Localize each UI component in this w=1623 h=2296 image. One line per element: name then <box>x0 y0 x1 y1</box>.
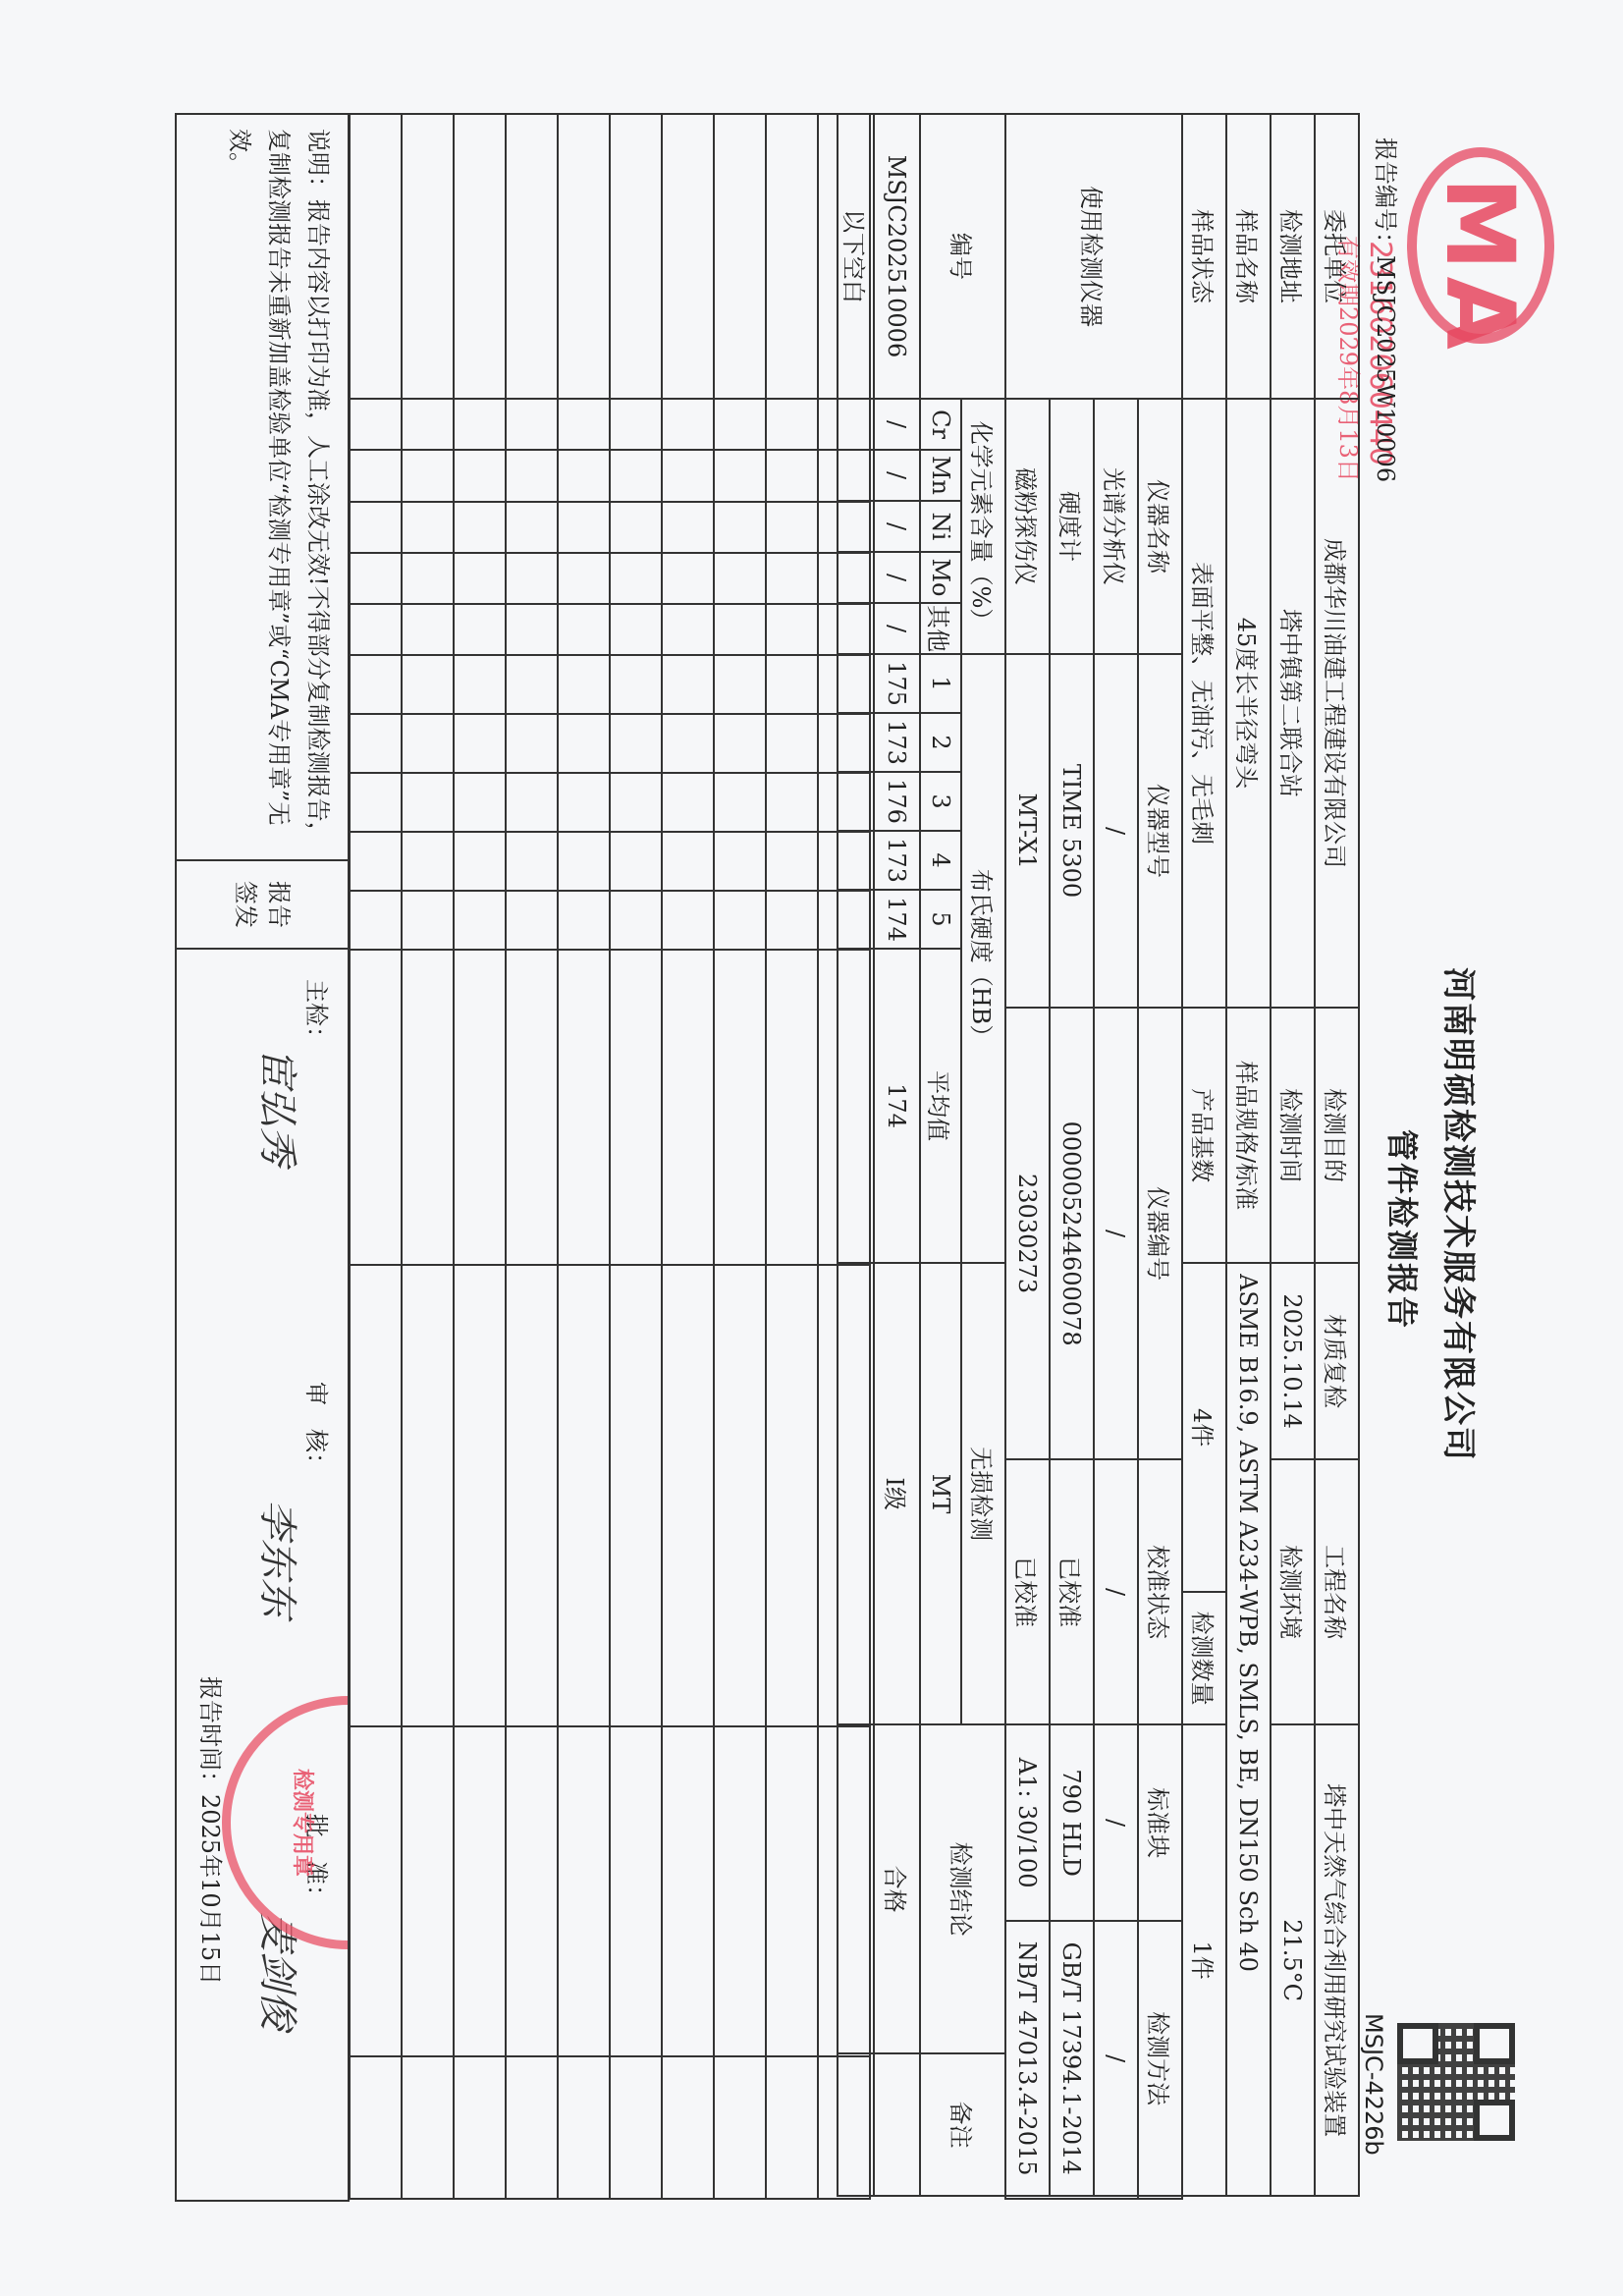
instrument-col-method: 检测方法 <box>1138 1921 1182 2196</box>
empty-cell <box>662 655 714 714</box>
remark-value <box>874 2053 920 2196</box>
instrument-calibration: 已校准 <box>1005 1459 1050 1724</box>
empty-cell <box>714 450 766 501</box>
empty-cell <box>402 950 454 1264</box>
empty-cell <box>662 714 714 773</box>
signature-area: 主检： 宦弘秀 审 核： 李东东 批 准： 麦剑俊 报告时间：2025年10月1… <box>176 949 349 2201</box>
empty-row <box>402 114 454 2199</box>
empty-cell <box>402 399 454 450</box>
hb-col-header: 4 <box>920 831 961 890</box>
empty-cell <box>818 832 870 891</box>
empty-cell <box>662 553 714 604</box>
results-group-header: 编号 化学元素含量（%） 布氏硬度（HB） 无损检测 检测结论 备注 <box>961 114 1005 2199</box>
qty-value: 1件 <box>1182 1724 1226 2196</box>
hb-value: 173 <box>874 713 920 772</box>
seal-sub-text: 检测专用章 <box>289 1705 319 1941</box>
empty-cell <box>818 950 870 1264</box>
empty-cell <box>454 655 506 714</box>
instrument-method: / <box>1094 1921 1138 2196</box>
instrument-model: MT-X1 <box>1005 654 1050 1008</box>
address-label: 检测地址 <box>1271 114 1315 399</box>
row-sample-state: 样品状态 表面平整、无油污、无毛刺 产品基数 4件 检测数量 1件 <box>1182 114 1226 2199</box>
instrument-col-name: 仪器名称 <box>1138 399 1182 654</box>
element-value: / <box>874 552 920 603</box>
instrument-block: 790 HLD <box>1050 1724 1094 1921</box>
conclusion-col-header: 检测结论 <box>920 1724 1005 2053</box>
empty-cell <box>558 502 610 553</box>
instrument-col-serial: 仪器编号 <box>1138 1008 1182 1459</box>
empty-cell <box>766 502 818 553</box>
empty-cell <box>662 114 714 399</box>
empty-cell <box>506 655 558 714</box>
base-label: 产品基数 <box>1182 1008 1226 1263</box>
empty-cell <box>610 655 662 714</box>
empty-cell <box>818 2056 870 2199</box>
empty-cell <box>558 655 610 714</box>
empty-cell <box>350 950 402 1264</box>
client-value: 成都华川油建工程建设有限公司 <box>1315 399 1359 1008</box>
hb-value: 176 <box>874 772 920 831</box>
empty-cell <box>766 2056 818 2199</box>
empty-row <box>766 114 818 2199</box>
empty-cell <box>350 1265 402 1727</box>
hb-value: 174 <box>874 890 920 949</box>
empty-cell <box>714 1726 766 2055</box>
chem-group-header: 化学元素含量（%） <box>961 399 1005 654</box>
element-header: 其他 <box>920 603 961 654</box>
empty-cell <box>506 773 558 832</box>
instrument-row: 光谱分析仪 / / / / / <box>1094 114 1138 2199</box>
element-header: Ni <box>920 501 961 552</box>
empty-cell <box>714 891 766 950</box>
company-seal: ★ 检测专用章 <box>222 1696 349 1949</box>
empty-cell <box>610 891 662 950</box>
empty-cell <box>766 1265 818 1727</box>
empty-cell <box>558 832 610 891</box>
empty-cell <box>350 553 402 604</box>
empty-cell <box>454 773 506 832</box>
empty-cell <box>454 832 506 891</box>
empty-cell <box>818 714 870 773</box>
empty-cell <box>350 655 402 714</box>
empty-cell <box>662 399 714 450</box>
empty-cell <box>506 604 558 655</box>
empty-cell <box>610 553 662 604</box>
qty-label: 检测数量 <box>1182 1592 1226 1724</box>
instrument-calibration: / <box>1094 1459 1138 1724</box>
empty-cell <box>350 399 402 450</box>
sign-off-label: 报告 签发 <box>176 860 349 949</box>
instrument-row: 磁粉探伤仪 MT-X1 23030273 已校准 A1: 30/100 NB/T… <box>1005 114 1050 2199</box>
empty-cell <box>818 450 870 501</box>
empty-cell <box>662 1726 714 2055</box>
empty-cell <box>506 714 558 773</box>
empty-cell <box>454 553 506 604</box>
empty-cell <box>454 1265 506 1727</box>
empty-cell <box>402 1265 454 1727</box>
cma-mark: MA <box>1425 177 1535 355</box>
empty-cell <box>818 399 870 450</box>
empty-cell <box>506 950 558 1264</box>
empty-cell <box>454 2056 506 2199</box>
empty-cell <box>454 1726 506 2055</box>
report-number-label: 报告编号： <box>1372 137 1399 255</box>
hb-average: 174 <box>874 949 920 1263</box>
empty-cell <box>558 1726 610 2055</box>
hb-col-header: 2 <box>920 713 961 772</box>
instrument-model: TIME 5300 <box>1050 654 1094 1008</box>
empty-cell <box>350 714 402 773</box>
sample-name-value: 45度长半径弯头 <box>1226 399 1271 1008</box>
empty-row <box>610 114 662 2199</box>
address-value: 塔中镇第二联合站 <box>1271 399 1315 1008</box>
empty-cell <box>714 553 766 604</box>
empty-cell <box>818 1265 870 1727</box>
purpose-label: 检测目的 <box>1315 1008 1359 1263</box>
empty-cell <box>610 450 662 501</box>
empty-cell <box>610 399 662 450</box>
empty-cell <box>402 450 454 501</box>
instrument-name: 磁粉探伤仪 <box>1005 399 1050 654</box>
seal-star-icon: ★ <box>339 1705 349 1941</box>
empty-row <box>506 114 558 2199</box>
ndt-group-header: 无损检测 <box>961 1263 1005 1724</box>
hb-col-header: 3 <box>920 772 961 831</box>
empty-cell <box>402 832 454 891</box>
empty-cell <box>818 502 870 553</box>
empty-cell <box>714 502 766 553</box>
row-instrument-header: 使用检测仪器 仪器名称 仪器型号 仪器编号 校准状态 标准块 检测方法 备注 <box>1138 114 1182 2199</box>
empty-cell <box>402 502 454 553</box>
empty-cell <box>350 832 402 891</box>
instrument-serial: / <box>1094 1008 1138 1459</box>
instrument-method: NB/T 47013.4-2015 <box>1005 1921 1050 2196</box>
report-number-value: MSJC2025W10006 <box>1372 255 1399 482</box>
empty-cell <box>558 399 610 450</box>
base-value: 4件 <box>1182 1263 1226 1592</box>
empty-cell <box>714 114 766 399</box>
empty-cell <box>818 604 870 655</box>
qr-code-icon <box>1397 2023 1515 2141</box>
empty-cell <box>454 502 506 553</box>
empty-cell <box>506 114 558 399</box>
empty-cell <box>506 553 558 604</box>
element-header: Mo <box>920 552 961 603</box>
empty-row <box>350 114 402 2199</box>
spec-label: 样品规格/标准 <box>1226 1008 1271 1263</box>
empty-cell <box>610 832 662 891</box>
instrument-row: 硬度计 TIME 5300 000005244600078 已校准 790 HL… <box>1050 114 1094 2199</box>
empty-cell <box>714 399 766 450</box>
empty-cell <box>766 114 818 399</box>
empty-cell <box>714 604 766 655</box>
instrument-serial: 23030273 <box>1005 1008 1050 1459</box>
empty-rows <box>349 113 871 2200</box>
ndt-result: I级 <box>874 1263 920 1724</box>
id-col-header: 编号 <box>920 114 1005 399</box>
form-code: MSJC-4226b <box>1360 2013 1387 2156</box>
empty-cell <box>402 714 454 773</box>
instrument-name: 光谱分析仪 <box>1094 399 1138 654</box>
inspector-signature: 宦弘秀 <box>252 1048 308 1166</box>
empty-cell <box>818 114 870 399</box>
empty-cell <box>454 450 506 501</box>
instrument-col-block: 标准块 <box>1138 1724 1182 1921</box>
empty-cell <box>714 655 766 714</box>
empty-cell <box>350 1726 402 2055</box>
empty-cell <box>454 604 506 655</box>
empty-cell <box>402 2056 454 2199</box>
sample-name-label: 样品名称 <box>1226 114 1271 399</box>
empty-cell <box>766 950 818 1264</box>
empty-cell <box>610 950 662 1264</box>
ndt-col-header: MT <box>920 1263 961 1724</box>
disclaimer-note: 说明：报告内容以打印为准，人工涂改无效!不得部分复制检测报告，复制检测报告未重新… <box>176 114 349 860</box>
empty-row <box>714 114 766 2199</box>
empty-cell <box>454 891 506 950</box>
element-value: / <box>874 399 920 450</box>
empty-cell <box>818 655 870 714</box>
empty-cell <box>662 450 714 501</box>
hb-col-header: 平均值 <box>920 949 961 1263</box>
empty-cell <box>610 773 662 832</box>
empty-cell <box>662 891 714 950</box>
element-value: / <box>874 603 920 654</box>
empty-cell <box>558 950 610 1264</box>
empty-cell <box>610 114 662 399</box>
empty-cell <box>662 950 714 1264</box>
company-name: 河南明硕检测技术服务有限公司 <box>1437 967 1486 1462</box>
empty-cell <box>402 655 454 714</box>
empty-cell <box>766 832 818 891</box>
empty-cell <box>506 502 558 553</box>
empty-cell <box>610 502 662 553</box>
empty-cell <box>506 832 558 891</box>
empty-cell <box>350 2056 402 2199</box>
empty-cell <box>610 1265 662 1727</box>
empty-cell <box>714 714 766 773</box>
empty-cell <box>454 950 506 1264</box>
empty-cell <box>662 773 714 832</box>
empty-cell <box>402 553 454 604</box>
empty-row <box>454 114 506 2199</box>
empty-cell <box>714 773 766 832</box>
row-address: 检测地址 塔中镇第二联合站 检测时间 2025.10.14 检测环境 21.5°… <box>1271 114 1315 2199</box>
empty-cell <box>506 2056 558 2199</box>
project-value: 塔中天然气综合利用研究试验装置 <box>1315 1724 1359 2196</box>
empty-cell <box>402 891 454 950</box>
empty-cell <box>766 891 818 950</box>
empty-cell <box>610 2056 662 2199</box>
element-value: / <box>874 450 920 501</box>
empty-cell <box>402 773 454 832</box>
row-client: 委托单位 成都华川油建工程建设有限公司 检测目的 材质复检 工程名称 塔中天然气… <box>1315 114 1359 2199</box>
empty-cell <box>558 450 610 501</box>
empty-cell <box>350 891 402 950</box>
report-number: 报告编号：MSJC2025W10006 <box>1371 137 1405 482</box>
empty-cell <box>766 1726 818 2055</box>
project-label: 工程名称 <box>1315 1459 1359 1724</box>
env-label: 检测环境 <box>1271 1459 1315 1724</box>
empty-cell <box>662 1265 714 1727</box>
empty-cell <box>506 450 558 501</box>
empty-cell <box>766 655 818 714</box>
empty-row <box>662 114 714 2199</box>
empty-cell <box>558 553 610 604</box>
client-label: 委托单位 <box>1315 114 1359 399</box>
state-label: 样品状态 <box>1182 114 1226 399</box>
empty-cell <box>610 1726 662 2055</box>
empty-cell <box>662 604 714 655</box>
instrument-remark <box>1005 2196 1138 2199</box>
empty-cell <box>662 832 714 891</box>
empty-cell <box>818 1726 870 2055</box>
instrument-calibration: 已校准 <box>1050 1459 1094 1724</box>
sample-id: MSJC202510006 <box>874 114 920 399</box>
empty-cell <box>714 1265 766 1727</box>
empty-cell <box>610 604 662 655</box>
state-value: 表面平整、无油污、无毛刺 <box>1182 399 1226 1008</box>
empty-cell <box>766 773 818 832</box>
hb-col-header: 5 <box>920 890 961 949</box>
env-value: 21.5°C <box>1271 1724 1315 2196</box>
instrument-name: 硬度计 <box>1050 399 1094 654</box>
inspector-label: 主检： <box>301 979 336 1050</box>
empty-cell <box>350 604 402 655</box>
hb-value: 173 <box>874 831 920 890</box>
table-row: MSJC202510006 / / / / / 175 173 176 173 … <box>874 114 920 2199</box>
instrument-col-remark: 备注 <box>1138 2196 1182 2199</box>
empty-cell <box>558 773 610 832</box>
empty-cell <box>454 399 506 450</box>
element-header: Cr <box>920 399 961 450</box>
empty-cell <box>350 450 402 501</box>
empty-cell <box>662 502 714 553</box>
empty-cell <box>610 714 662 773</box>
empty-cell <box>558 714 610 773</box>
empty-cell <box>402 604 454 655</box>
empty-cell <box>714 950 766 1264</box>
instrument-block: / <box>1094 1724 1138 1921</box>
purpose-value: 材质复检 <box>1315 1263 1359 1459</box>
reviewer-signature: 李东东 <box>252 1500 308 1617</box>
empty-cell <box>506 891 558 950</box>
empty-cell <box>818 553 870 604</box>
footer-table: 说明：报告内容以打印为准，人工涂改无效!不得部分复制检测报告，复制检测报告未重新… <box>175 113 350 2202</box>
empty-cell <box>714 832 766 891</box>
instrument-serial: 000005244600078 <box>1050 1008 1094 1459</box>
empty-cell <box>454 714 506 773</box>
empty-cell <box>818 773 870 832</box>
empty-cell <box>818 891 870 950</box>
time-value: 2025.10.14 <box>1271 1263 1315 1459</box>
empty-cell <box>558 2056 610 2199</box>
reviewer-label: 审 核： <box>301 1382 336 1476</box>
empty-cell <box>558 891 610 950</box>
empty-row <box>818 114 870 2199</box>
empty-cell <box>766 604 818 655</box>
empty-cell <box>766 553 818 604</box>
empty-cell <box>350 502 402 553</box>
spec-value: ASME B16.9, ASTM A234-WPB, SMLS, BE, DN1… <box>1226 1263 1271 2196</box>
empty-cell <box>506 1726 558 2055</box>
hb-value: 175 <box>874 654 920 713</box>
empty-cell <box>506 399 558 450</box>
hb-col-header: 1 <box>920 654 961 713</box>
empty-cell <box>558 1265 610 1727</box>
empty-cell <box>350 114 402 399</box>
empty-cell <box>454 114 506 399</box>
hb-group-header: 布氏硬度（HB） <box>961 654 1005 1263</box>
time-label: 检测时间 <box>1271 1008 1315 1263</box>
conclusion-value: 合格 <box>874 1724 920 2053</box>
element-header: Mn <box>920 450 961 501</box>
instrument-method: GB/T 17394.1-2014 <box>1050 1921 1094 2196</box>
instruments-label: 使用检测仪器 <box>1005 114 1182 399</box>
remark-col-header: 备注 <box>920 2053 1005 2196</box>
empty-row <box>558 114 610 2199</box>
empty-cell <box>766 399 818 450</box>
empty-cell <box>402 1726 454 2055</box>
empty-cell <box>402 114 454 399</box>
report-table: 委托单位 成都华川油建工程建设有限公司 检测目的 材质复检 工程名称 塔中天然气… <box>837 113 1360 2200</box>
empty-cell <box>662 2056 714 2199</box>
rotated-report-page: MA 231602060440 有效期2029年8月13日 报告编号：MSJC2… <box>0 0 1623 2296</box>
empty-cell <box>506 1265 558 1727</box>
row-sample-name: 样品名称 45度长半径弯头 样品规格/标准 ASME B16.9, ASTM A… <box>1226 114 1271 2199</box>
element-value: / <box>874 501 920 552</box>
instrument-col-model: 仪器型号 <box>1138 654 1182 1008</box>
empty-cell <box>350 773 402 832</box>
empty-cell <box>558 604 610 655</box>
instrument-col-calibration: 校准状态 <box>1138 1459 1182 1724</box>
instrument-model: / <box>1094 654 1138 1008</box>
instrument-block: A1: 30/100 <box>1005 1724 1050 1921</box>
empty-cell <box>766 714 818 773</box>
empty-cell <box>558 114 610 399</box>
empty-cell <box>714 2056 766 2199</box>
cma-stamp: MA 231602060440 有效期2029年8月13日 <box>1407 108 1554 354</box>
page-title: 管件检测报告 <box>1381 1129 1427 1330</box>
empty-cell <box>766 450 818 501</box>
